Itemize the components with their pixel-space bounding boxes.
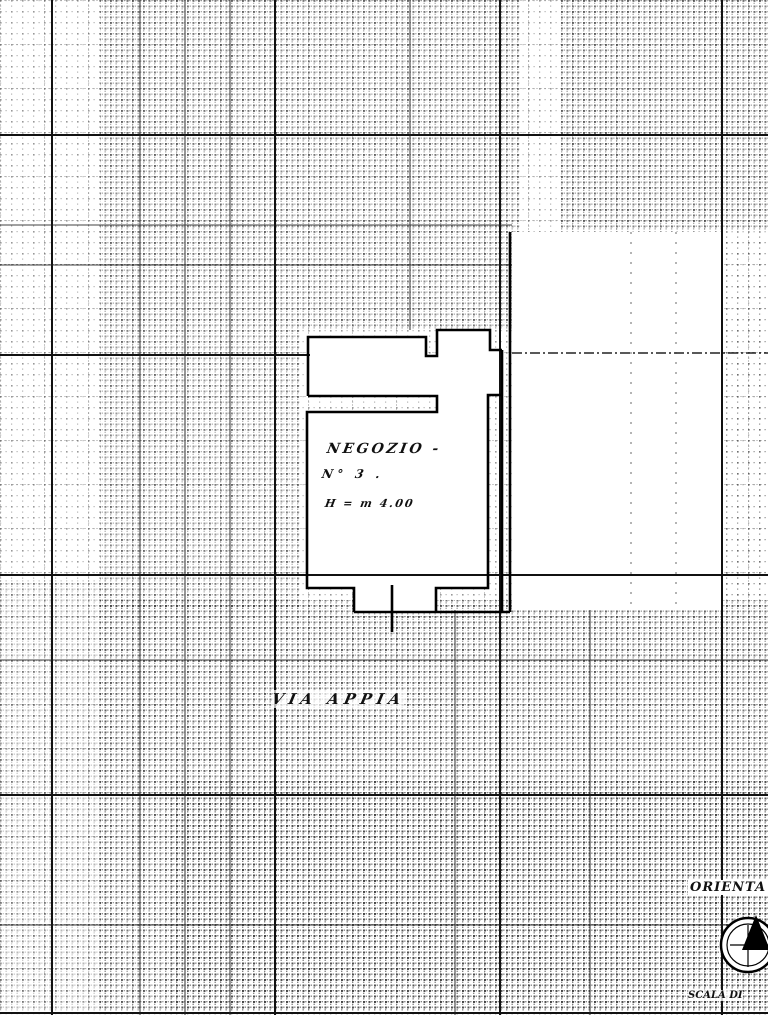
floor-plan-sheet: NEGOZIO - N° 3 . H = m 4.00 VIA APPIA OR… xyxy=(0,0,768,1024)
street-name-label: VIA APPIA xyxy=(270,690,407,708)
unit-number-label: N° 3 . xyxy=(321,467,385,481)
unit-name-label: NEGOZIO - xyxy=(326,441,443,457)
unit-height-label: H = m 4.00 xyxy=(324,497,416,510)
sheet-bottom-margin xyxy=(0,1015,768,1024)
graph-paper-grid xyxy=(0,0,768,1024)
orientation-label: ORIENTA xyxy=(688,880,768,895)
scale-label: SCALA DI xyxy=(688,990,743,1001)
